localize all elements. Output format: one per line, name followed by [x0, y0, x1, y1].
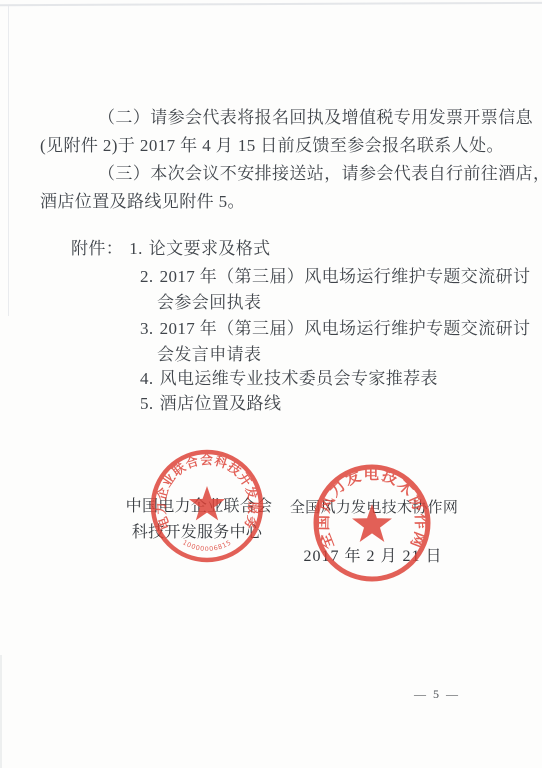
paragraph-3-line-2: 酒店位置及路线见附件 5。: [40, 187, 245, 212]
paragraph-2-line-1: （二）请参会代表将报名回执及增值税专用发票开票信息: [98, 103, 533, 128]
attachments-label: 附件：: [71, 239, 123, 258]
attachment-5-number: 5.: [140, 394, 154, 413]
page-number: — 5 —: [414, 687, 460, 702]
attachment-3-number: 3.: [140, 319, 154, 338]
left-official-seal: 中国电力企业联合会科技开发服务中心 1100000068150: [141, 440, 273, 572]
attachment-item-5: 5.酒店位置及路线: [140, 389, 281, 414]
paragraph-2-line-2: (见附件 2)于 2017 年 4 月 15 日前反馈至参会报名联系人处。: [40, 131, 504, 156]
attachment-4-number: 4.: [140, 369, 154, 388]
scan-edge-left: [8, 6, 9, 316]
right-official-seal: 全国风力发电技术协作网: [304, 455, 440, 591]
attachment-3-text: 2017 年（第三届）风电场运行维护专题交流研讨: [160, 319, 531, 338]
scan-edge-left-bottom: [0, 655, 2, 768]
attachment-2-number: 2.: [140, 267, 154, 286]
attachment-item-4: 4.风电运维专业技术委员会专家推荐表: [140, 364, 438, 389]
attachment-item-1: 附件：1.论文要求及格式: [71, 234, 271, 259]
attachment-item-2-continuation: 会参会回执表: [157, 288, 261, 313]
attachment-2-text: 2017 年（第三届）风电场运行维护专题交流研讨: [160, 267, 531, 286]
attachment-4-text: 风电运维专业技术委员会专家推荐表: [160, 369, 438, 388]
star-icon: [352, 504, 392, 542]
attachment-1-number: 1.: [129, 239, 143, 258]
attachment-item-2: 2.2017 年（第三届）风电场运行维护专题交流研讨: [140, 262, 530, 287]
svg-text:中国电力企业联合会科技开发服务中心: 中国电力企业联合会科技开发服务中心: [141, 440, 261, 532]
attachment-item-3: 3.2017 年（第三届）风电场运行维护专题交流研讨: [140, 314, 530, 339]
attachment-item-3-continuation: 会发言申请表: [157, 340, 261, 365]
attachment-5-text: 酒店位置及路线: [160, 394, 282, 413]
document-page: （二）请参会代表将报名回执及增值税专用发票开票信息 (见附件 2)于 2017 …: [0, 0, 542, 768]
paragraph-3-line-1: （三）本次会议不安排接送站，请参会代表自行前往酒店，: [98, 159, 542, 184]
scan-edge-top: [0, 2, 542, 6]
left-seal-ring-text: 中国电力企业联合会科技开发服务中心: [141, 440, 261, 532]
attachment-1-text: 论文要求及格式: [149, 239, 271, 258]
star-icon: [189, 486, 225, 520]
